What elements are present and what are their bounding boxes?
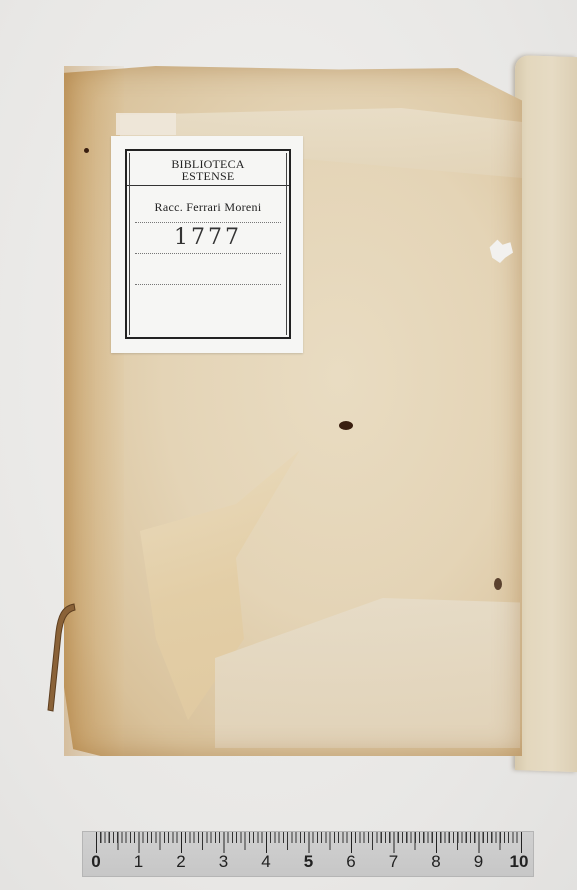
paper-mend-strip (116, 113, 176, 135)
worm-hole (339, 421, 353, 430)
label-collection: Racc. Ferrari Moreni (127, 186, 289, 222)
label-blank-line (127, 254, 289, 284)
ruler-label: 0 (91, 852, 100, 872)
label-header: BIBLIOTECA ESTENSE (127, 151, 289, 186)
ruler-label: 8 (431, 852, 440, 872)
ink-spot (84, 148, 89, 153)
label-library-subname: ESTENSE (127, 170, 289, 182)
label-library-name: BIBLIOTECA (127, 158, 289, 170)
tie-hole (494, 578, 502, 590)
leather-tie-icon (44, 602, 76, 714)
ruler-label: 4 (261, 852, 270, 872)
label-frame: BIBLIOTECA ESTENSE Racc. Ferrari Moreni … (125, 149, 291, 339)
ruler-numbers: 0 1 2 3 4 5 6 7 8 9 10 (83, 852, 533, 874)
ruler-label: 1 (134, 852, 143, 872)
ruler-label: 10 (510, 852, 529, 872)
library-label: BIBLIOTECA ESTENSE Racc. Ferrari Moreni … (111, 136, 303, 353)
ruler-label: 7 (389, 852, 398, 872)
label-dotted-rule (135, 284, 281, 285)
ruler-label: 6 (346, 852, 355, 872)
ruler-label: 9 (474, 852, 483, 872)
adjacent-page (515, 55, 577, 772)
label-dotted-rule (135, 222, 281, 223)
ruler-label: 5 (304, 852, 313, 872)
ruler-label: 3 (219, 852, 228, 872)
ruler-cm-ticks (96, 832, 522, 853)
ruler-label: 2 (176, 852, 185, 872)
label-dotted-rule (135, 253, 281, 254)
label-shelfmark: 1777 (127, 223, 289, 253)
scale-ruler: 0 1 2 3 4 5 6 7 8 9 10 (82, 831, 534, 877)
